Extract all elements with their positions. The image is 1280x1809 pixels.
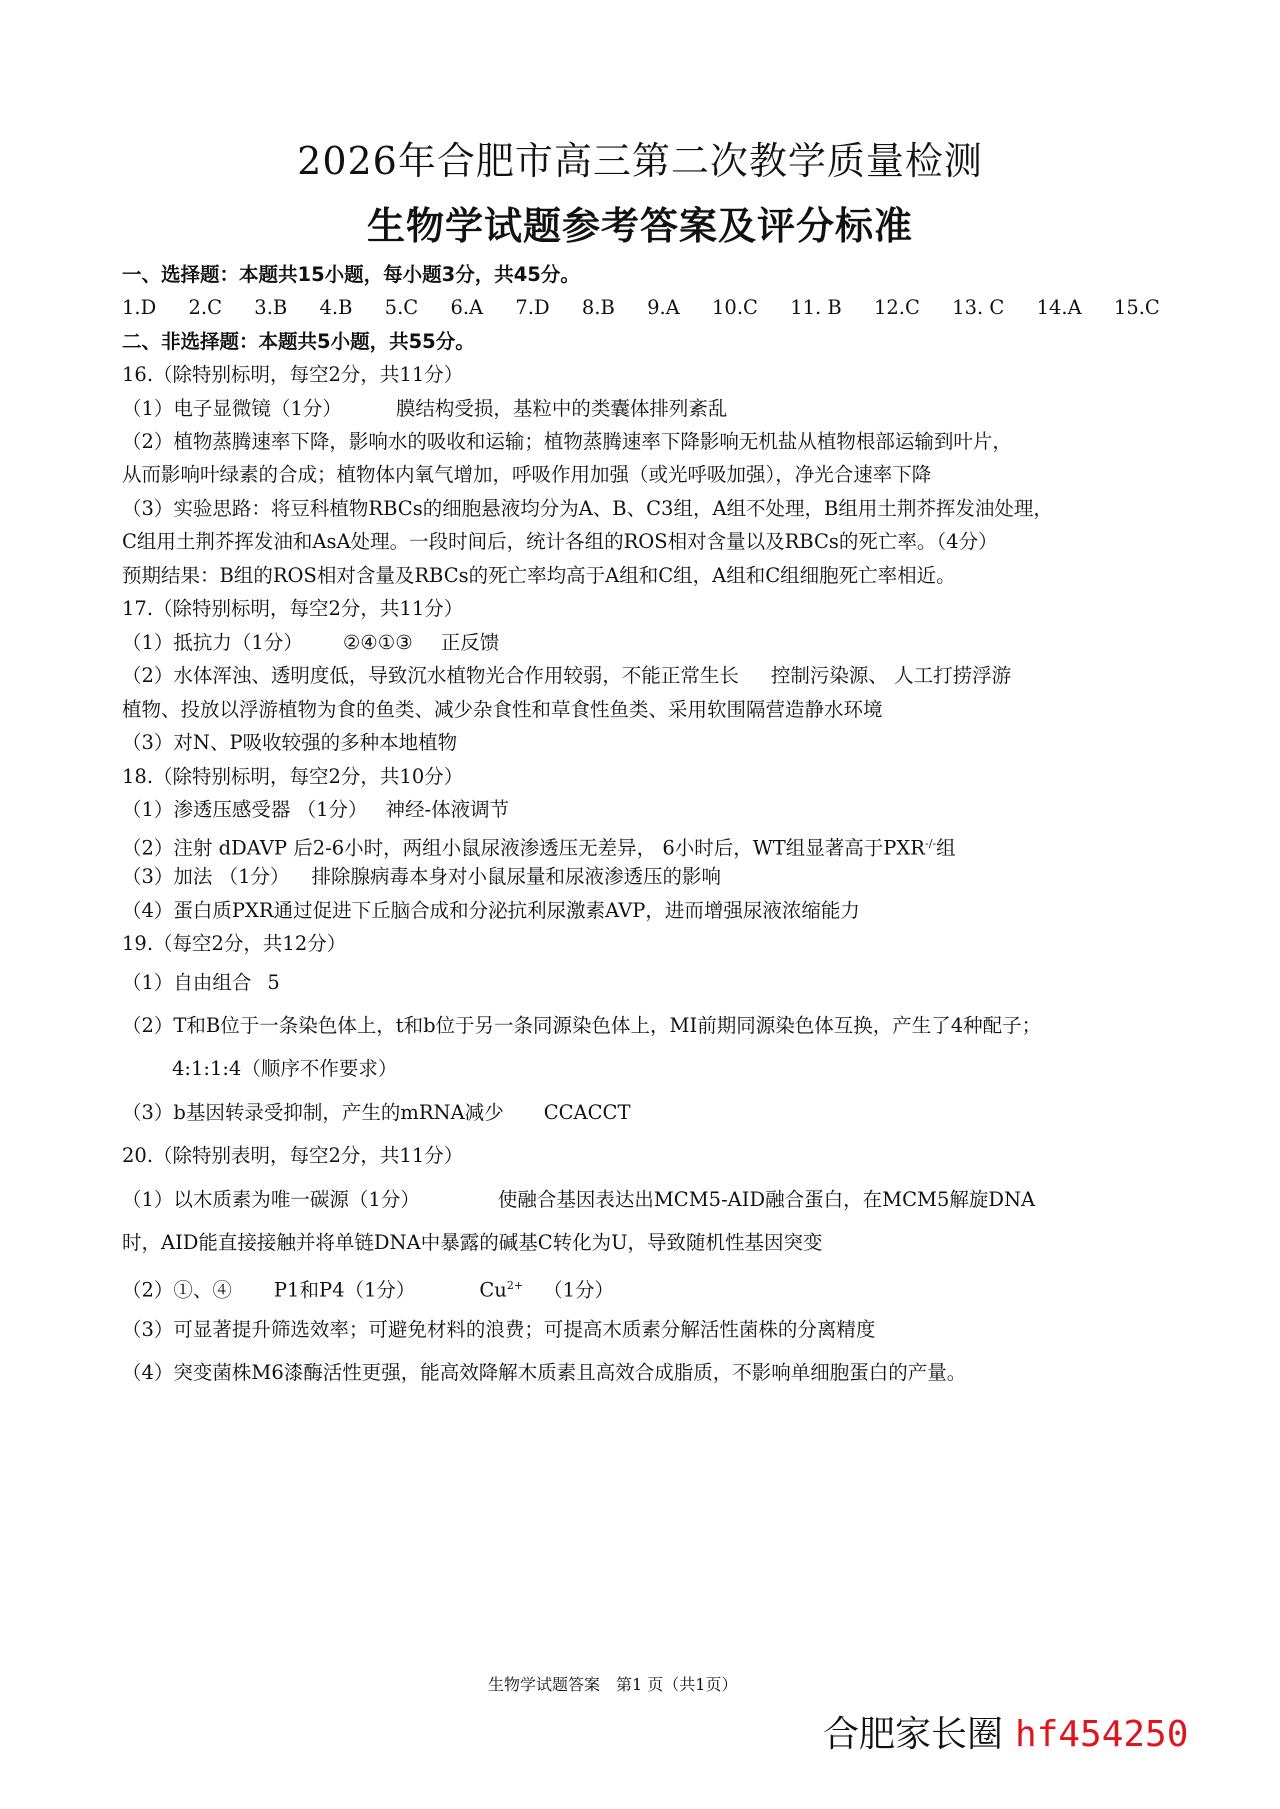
section2-heading: 二、非选择题：本题共5小题，共55分。 — [122, 329, 475, 355]
q20-header: 20.（除特别表明，每空2分，共11分） — [122, 1143, 463, 1169]
q18-part3-answer-a: （3）加法 （1分） — [122, 865, 290, 888]
q20-part2-answer-a: （2）①、④ — [122, 1279, 232, 1302]
q17-part2-answer-a: （2）水体浑浊、透明度低，导致沉水植物光合作用较弱，不能正常生长 — [122, 664, 739, 687]
mc-answer: 5.C — [385, 296, 419, 319]
q20-part4: （4）突变菌株M6漆酶活性更强，能高效降解木质素且高效合成脂质，不影响单细胞蛋白… — [122, 1360, 966, 1386]
q17-part1-answer-a: （1）抵抗力（1分） — [122, 631, 303, 654]
mc-answer: 13. C — [952, 296, 1004, 319]
mc-answers: 1.D 2.C 3.B 4.B 5.C 6.A 7.D 8.B 9.A 10.C… — [122, 296, 1160, 319]
q19-header: 19.（每空2分，共12分） — [122, 931, 346, 957]
q19-part2-line1: （2）T和B位于一条染色体上，t和b位于另一条同源染色体上，MI前期同源染色体互… — [122, 1013, 1041, 1039]
q17-part3: （3）对N、P吸收较强的多种本地植物 — [122, 730, 457, 756]
mc-answer: 15.C — [1114, 296, 1160, 319]
q16-part3-line3: 预期结果：B组的ROS相对含量及RBCs的死亡率均高于A组和C组，A组和C组细胞… — [122, 563, 956, 589]
q16-part2-line1: （2）植物蒸腾速率下降，影响水的吸收和运输；植物蒸腾速率下降影响无机盐从植物根部… — [122, 429, 1012, 455]
mc-answer: 3.B — [254, 296, 287, 319]
q18-part2: （2）注射 dDAVP 后2-6小时，两组小鼠尿液渗透压无差异， 6小时后，WT… — [122, 831, 956, 862]
q18-part3: （3）加法 （1分）排除腺病毒本身对小鼠尿量和尿液渗透压的影响 — [122, 864, 721, 890]
q16-header: 16.（除特别标明，每空2分，共11分） — [122, 362, 463, 388]
q20-part1-answer-b: 使融合基因表达出MCM5-AID融合蛋白，在MCM5解旋DNA — [498, 1188, 1035, 1211]
mc-answer: 9.A — [647, 296, 680, 319]
q18-part2-superscript: -/- — [925, 837, 936, 850]
q19-part1: （1）自由组合5 — [122, 970, 280, 996]
q19-part1-answer-a: （1）自由组合 — [122, 971, 251, 994]
q16-part3-line2: C组用土荆芥挥发油和AsA处理。一段时间后，统计各组的ROS相对含量以及RBCs… — [122, 529, 998, 555]
mc-answer: 2.C — [189, 296, 223, 319]
q20-part2-superscript: 2+ — [507, 1279, 523, 1292]
q16-part1: （1）电子显微镜（1分）膜结构受损，基粒中的类囊体排列紊乱 — [122, 396, 727, 422]
q19-part3: （3）b基因转录受抑制，产生的mRNA减少CCACCT — [122, 1100, 631, 1126]
q16-part1-answer-a: （1）电子显微镜（1分） — [122, 397, 342, 420]
q18-header: 18.（除特别标明，每空2分，共10分） — [122, 764, 463, 790]
mc-answer: 7.D — [515, 296, 549, 319]
page-title: 2026年合肥市高三第二次教学质量检测 — [0, 130, 1280, 185]
q16-part1-answer-b: 膜结构受损，基粒中的类囊体排列紊乱 — [396, 397, 728, 420]
q19-part2-line2: 4:1:1:4（顺序不作要求） — [172, 1056, 397, 1082]
mc-answer: 12.C — [874, 296, 920, 319]
q19-part3-answer-b: CCACCT — [544, 1101, 631, 1124]
watermark-text: 合肥家长圈 — [823, 1714, 1003, 1755]
q18-part4: （4）蛋白质PXR通过促进下丘脑合成和分泌抗利尿激素AVP，进而增强尿液浓缩能力 — [122, 898, 860, 924]
q18-part1-answer-b: 神经-体液调节 — [386, 798, 510, 821]
q18-part2-answer: （2）注射 dDAVP 后2-6小时，两组小鼠尿液渗透压无差异， 6小时后，WT… — [122, 837, 925, 860]
mc-answer: 14.A — [1037, 296, 1082, 319]
q17-header: 17.（除特别标明，每空2分，共11分） — [122, 596, 463, 622]
q20-part1-answer-a: （1）以木质素为唯一碳源（1分） — [122, 1188, 420, 1211]
q18-part2-suffix: 组 — [936, 837, 956, 860]
q20-part3: （3）可显著提升筛选效率；可避免材料的浪费；可提高木质素分解活性菌株的分离精度 — [122, 1317, 875, 1343]
mc-answer: 11. B — [790, 296, 842, 319]
mc-answer: 8.B — [582, 296, 615, 319]
q19-part1-answer-b: 5 — [267, 971, 279, 994]
section1-heading: 一、选择题：本题共15小题，每小题3分，共45分。 — [122, 262, 580, 288]
q20-part2-answer-b: P1和P4（1分） — [274, 1279, 415, 1302]
q20-part1-line2: 时，AID能直接接触并将单链DNA中暴露的碱基C转化为U，导致随机性基因突变 — [122, 1230, 823, 1256]
q17-part2-answer-b: 控制污染源、 人工打捞浮游 — [771, 664, 1011, 687]
q20-part2-answer-c: Cu — [479, 1279, 506, 1302]
q17-part2-line1: （2）水体浑浊、透明度低，导致沉水植物光合作用较弱，不能正常生长控制污染源、 人… — [122, 663, 1011, 689]
q18-part3-answer-b: 排除腺病毒本身对小鼠尿量和尿液渗透压的影响 — [312, 865, 722, 888]
q17-part1-answer-b: ②④①③ — [343, 631, 413, 654]
mc-answer: 4.B — [319, 296, 352, 319]
q19-part3-answer-a: （3）b基因转录受抑制，产生的mRNA减少 — [122, 1101, 504, 1124]
q16-part2-line2: 从而影响叶绿素的合成；植物体内氧气增加，呼吸作用加强（或光呼吸加强），净光合速率… — [122, 462, 931, 488]
q20-part2: （2）①、④P1和P4（1分）Cu2+（1分） — [122, 1273, 614, 1304]
mc-answer: 1.D — [122, 296, 156, 319]
q16-part3-line1: （3）实验思路：将豆科植物RBCs的细胞悬液均分为A、B、C3组，A组不处理，B… — [122, 496, 1053, 522]
page-subtitle: 生物学试题参考答案及评分标准 — [0, 195, 1280, 250]
watermark: 合肥家长圈hf454250 — [823, 1706, 1188, 1757]
q20-part1-line1: （1）以木质素为唯一碳源（1分）使融合基因表达出MCM5-AID融合蛋白，在MC… — [122, 1187, 1035, 1213]
q17-part1-answer-c: 正反馈 — [441, 631, 500, 654]
q18-part1: （1）渗透压感受器 （1分）神经-体液调节 — [122, 797, 509, 823]
page-footer: 生物学试题答案 第1 页（共1页） — [488, 1672, 737, 1695]
q17-part2-line2: 植物、投放以浮游植物为食的鱼类、减少杂食性和草食性鱼类、采用软围隔营造静水环境 — [122, 697, 883, 723]
watermark-code: hf454250 — [1015, 1714, 1188, 1755]
q18-part1-answer-a: （1）渗透压感受器 （1分） — [122, 798, 368, 821]
mc-answer: 10.C — [712, 296, 758, 319]
q17-part1: （1）抵抗力（1分）②④①③正反馈 — [122, 630, 499, 656]
q20-part2-answer-d: （1分） — [543, 1279, 614, 1302]
mc-answer: 6.A — [450, 296, 483, 319]
